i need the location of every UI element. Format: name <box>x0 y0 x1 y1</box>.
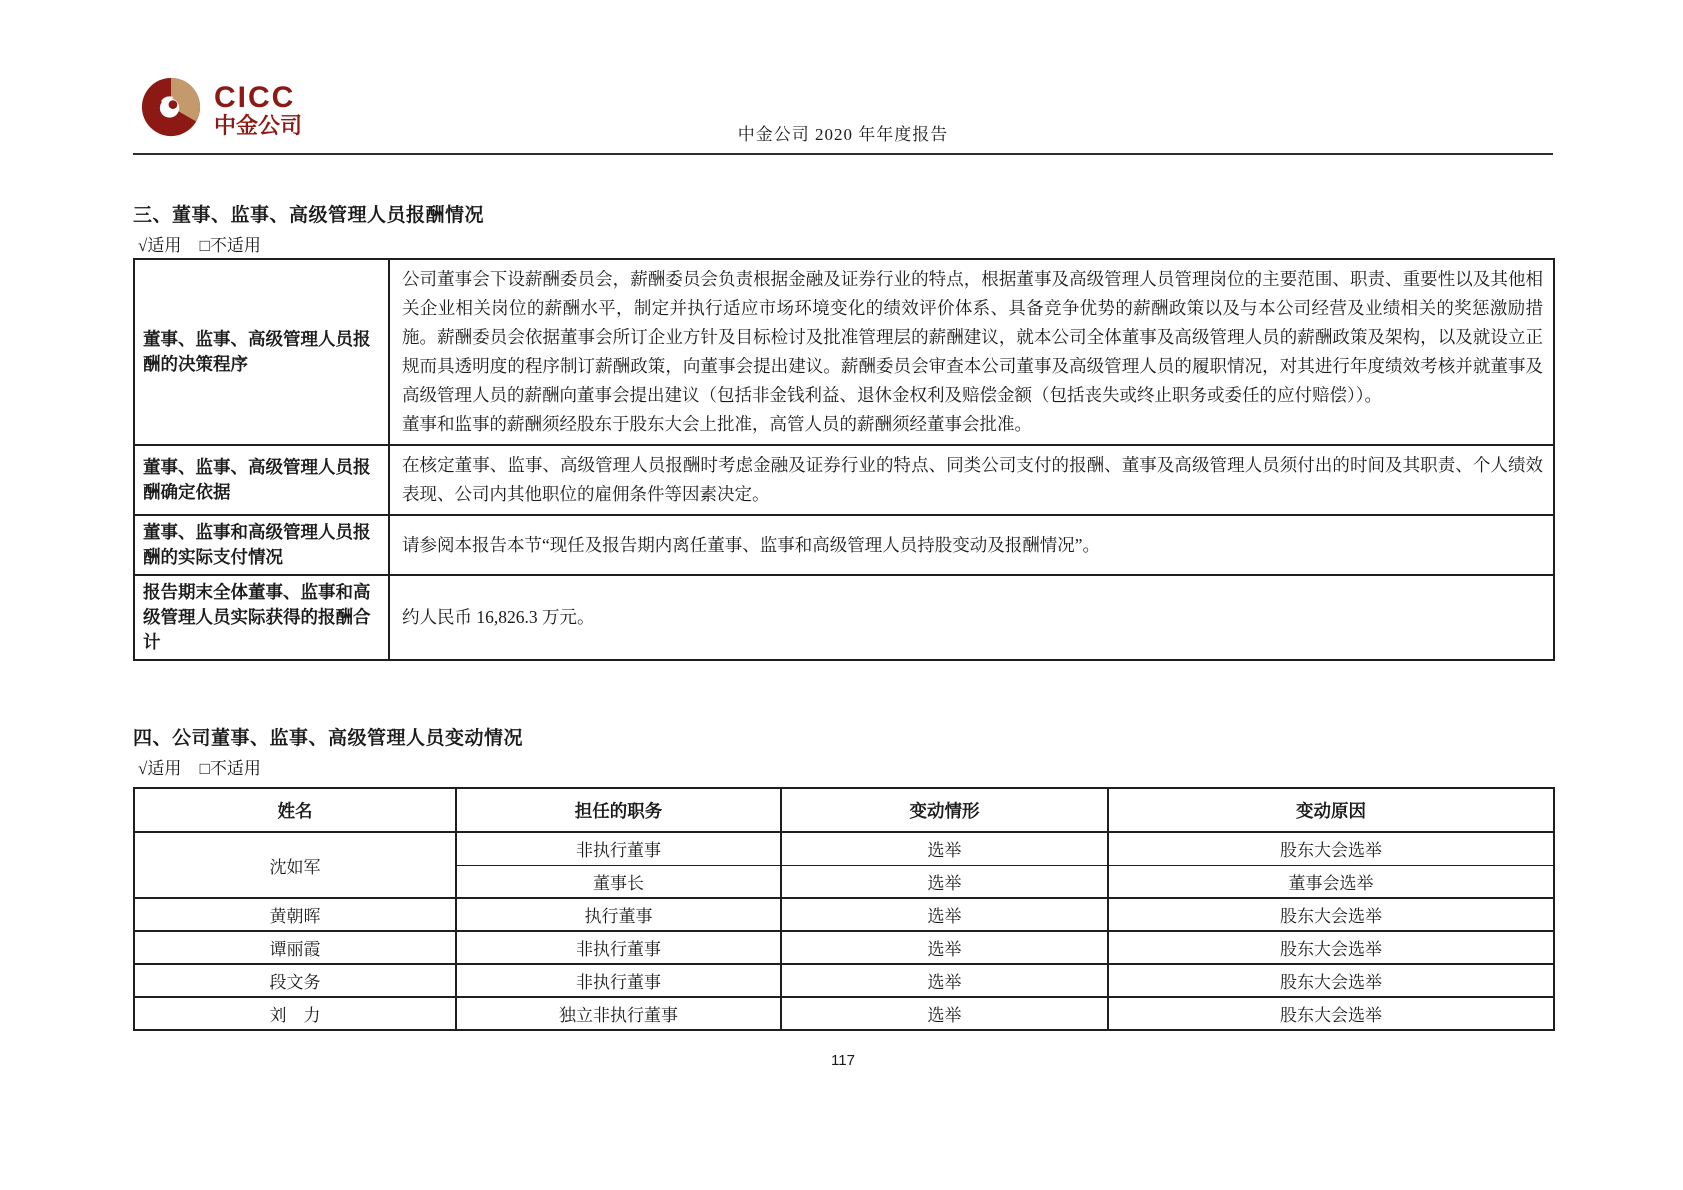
section4-applicability: √适用 □不适用 <box>138 754 261 779</box>
decision-procedure-note: 董事和监事的薪酬须经股东于股东大会上批准，高管人员的薪酬须经董事会批准。 <box>402 410 1543 439</box>
table-row: 董事、监事、高级管理人员报酬的决策程序 公司董事会下设薪酬委员会，薪酬委员会负责… <box>134 259 1554 445</box>
row-content: 公司董事会下设薪酬委员会，薪酬委员会负责根据金融及证券行业的特点，根据董事及高级… <box>389 259 1554 445</box>
table-row: 董事、监事和高级管理人员报酬的实际支付情况 请参阅本报告本节“现任及报告期内离任… <box>134 515 1554 575</box>
column-header-change: 变动情形 <box>781 788 1108 832</box>
cell-position: 非执行董事 <box>456 832 781 865</box>
row-label: 报告期末全体董事、监事和高级管理人员实际获得的报酬合计 <box>134 575 389 660</box>
section3-applicability: √适用 □不适用 <box>138 231 261 256</box>
table-row: 董事、监事、高级管理人员报酬确定依据 在核定董事、监事、高级管理人员报酬时考虑金… <box>134 445 1554 515</box>
cell-name: 黄朝晖 <box>134 898 456 931</box>
table-row: 报告期末全体董事、监事和高级管理人员实际获得的报酬合计 约人民币 16,826.… <box>134 575 1554 660</box>
section3-title: 三、董事、监事、高级管理人员报酬情况 <box>133 200 484 227</box>
page-number: 117 <box>133 1052 1553 1069</box>
cell-position: 非执行董事 <box>456 931 781 964</box>
column-header-name: 姓名 <box>134 788 456 832</box>
column-header-position: 担任的职务 <box>456 788 781 832</box>
row-content: 在核定董事、监事、高级管理人员报酬时考虑金融及证券行业的特点、同类公司支付的报酬… <box>389 445 1554 515</box>
cell-name: 刘 力 <box>134 997 456 1030</box>
cell-change: 选举 <box>781 865 1108 898</box>
row-label: 董事、监事、高级管理人员报酬的决策程序 <box>134 259 389 445</box>
column-header-reason: 变动原因 <box>1108 788 1554 832</box>
row-label: 董事、监事和高级管理人员报酬的实际支付情况 <box>134 515 389 575</box>
header-divider <box>133 153 1553 155</box>
report-title: 中金公司 2020 年年度报告 <box>133 120 1553 145</box>
cell-change: 选举 <box>781 964 1108 997</box>
cell-change: 选举 <box>781 931 1108 964</box>
logo-latin-text: CICC <box>214 82 302 114</box>
cell-reason: 股东大会选举 <box>1108 832 1554 865</box>
cell-reason: 股东大会选举 <box>1108 931 1554 964</box>
decision-procedure-paragraph: 公司董事会下设薪酬委员会，薪酬委员会负责根据金融及证券行业的特点，根据董事及高级… <box>402 265 1543 410</box>
row-content: 约人民币 16,826.3 万元。 <box>389 575 1554 660</box>
cell-reason: 股东大会选举 <box>1108 997 1554 1030</box>
cell-position: 独立非执行董事 <box>456 997 781 1030</box>
table-row: 段文务 非执行董事 选举 股东大会选举 <box>134 964 1554 997</box>
table-row: 刘 力 独立非执行董事 选举 股东大会选举 <box>134 997 1554 1030</box>
cell-change: 选举 <box>781 997 1108 1030</box>
cell-reason: 股东大会选举 <box>1108 898 1554 931</box>
remuneration-table: 董事、监事、高级管理人员报酬的决策程序 公司董事会下设薪酬委员会，薪酬委员会负责… <box>133 258 1555 661</box>
not-applicable-label: □不适用 <box>200 236 261 255</box>
cell-change: 选举 <box>781 832 1108 865</box>
table-row: 谭丽霞 非执行董事 选举 股东大会选举 <box>134 931 1554 964</box>
determination-basis-paragraph: 在核定董事、监事、高级管理人员报酬时考虑金融及证券行业的特点、同类公司支付的报酬… <box>402 451 1543 509</box>
cell-reason: 董事会选举 <box>1108 865 1554 898</box>
section4-title: 四、公司董事、监事、高级管理人员变动情况 <box>133 723 523 750</box>
applicable-checked-label: √适用 <box>138 236 181 255</box>
cell-name: 段文务 <box>134 964 456 997</box>
cell-name: 沈如军 <box>134 832 456 898</box>
cell-name: 谭丽霞 <box>134 931 456 964</box>
cell-position: 执行董事 <box>456 898 781 931</box>
cell-reason: 股东大会选举 <box>1108 964 1554 997</box>
cell-change: 选举 <box>781 898 1108 931</box>
actual-payment-paragraph: 请参阅本报告本节“现任及报告期内离任董事、监事和高级管理人员持股变动及报酬情况”… <box>402 531 1543 560</box>
cell-position: 董事长 <box>456 865 781 898</box>
cell-position: 非执行董事 <box>456 964 781 997</box>
table-row: 沈如军 非执行董事 选举 股东大会选举 <box>134 832 1554 865</box>
table-header-row: 姓名 担任的职务 变动情形 变动原因 <box>134 788 1554 832</box>
personnel-changes-table: 姓名 担任的职务 变动情形 变动原因 沈如军 非执行董事 选举 股东大会选举 董… <box>133 787 1555 1031</box>
total-remuneration-value: 约人民币 16,826.3 万元。 <box>402 603 1543 632</box>
applicable-checked-label: √适用 <box>138 759 181 778</box>
table-row: 黄朝晖 执行董事 选举 股东大会选举 <box>134 898 1554 931</box>
not-applicable-label: □不适用 <box>200 759 261 778</box>
row-content: 请参阅本报告本节“现任及报告期内离任董事、监事和高级管理人员持股变动及报酬情况”… <box>389 515 1554 575</box>
row-label: 董事、监事、高级管理人员报酬确定依据 <box>134 445 389 515</box>
